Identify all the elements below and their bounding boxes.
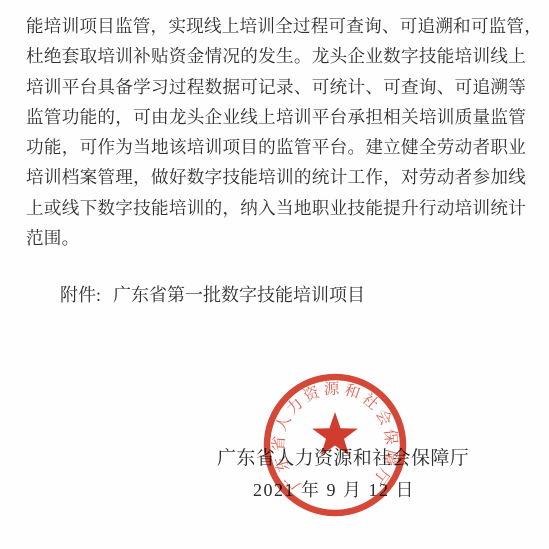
body-line: 杜绝套取培训补贴资金情况的发生。龙头企业数字技能培训线上: [26, 41, 526, 71]
seal-star-icon: [312, 412, 358, 455]
body-line: 监管功能的，可由龙头企业线上培训平台承担相关培训质量监管: [26, 102, 526, 132]
official-seal: 广东省人力资源和社会保障厅: [255, 365, 415, 525]
document-page: 能培训项目监管，实现线上培训全过程可查询、可追溯和可监管， 杜绝套取培训补贴资金…: [0, 0, 549, 549]
body-line: 培训平台具备学习过程数据可记录、可统计、可查询、可追溯等: [26, 72, 526, 102]
attachment-label: 附件:: [60, 285, 101, 305]
body-line: 培训档案管理，做好数字技能培训的统计工作，对劳动者参加线: [26, 162, 526, 192]
attachment-title: 广东省第一批数字技能培训项目: [113, 285, 365, 305]
body-paragraph: 能培训项目监管，实现线上培训全过程可查询、可追溯和可监管， 杜绝套取培训补贴资金…: [26, 11, 526, 253]
body-line: 上或线下数字技能培训的，纳入当地职业技能提升行动培训统计: [26, 193, 526, 223]
body-line: 功能，可作为当地该培训项目的监管平台。建立健全劳动者职业: [26, 132, 526, 162]
attachment-line: 附件:广东省第一批数字技能培训项目: [60, 281, 365, 309]
body-line: 能培训项目监管，实现线上培训全过程可查询、可追溯和可监管，: [26, 11, 526, 41]
body-line: 范围。: [26, 223, 526, 253]
